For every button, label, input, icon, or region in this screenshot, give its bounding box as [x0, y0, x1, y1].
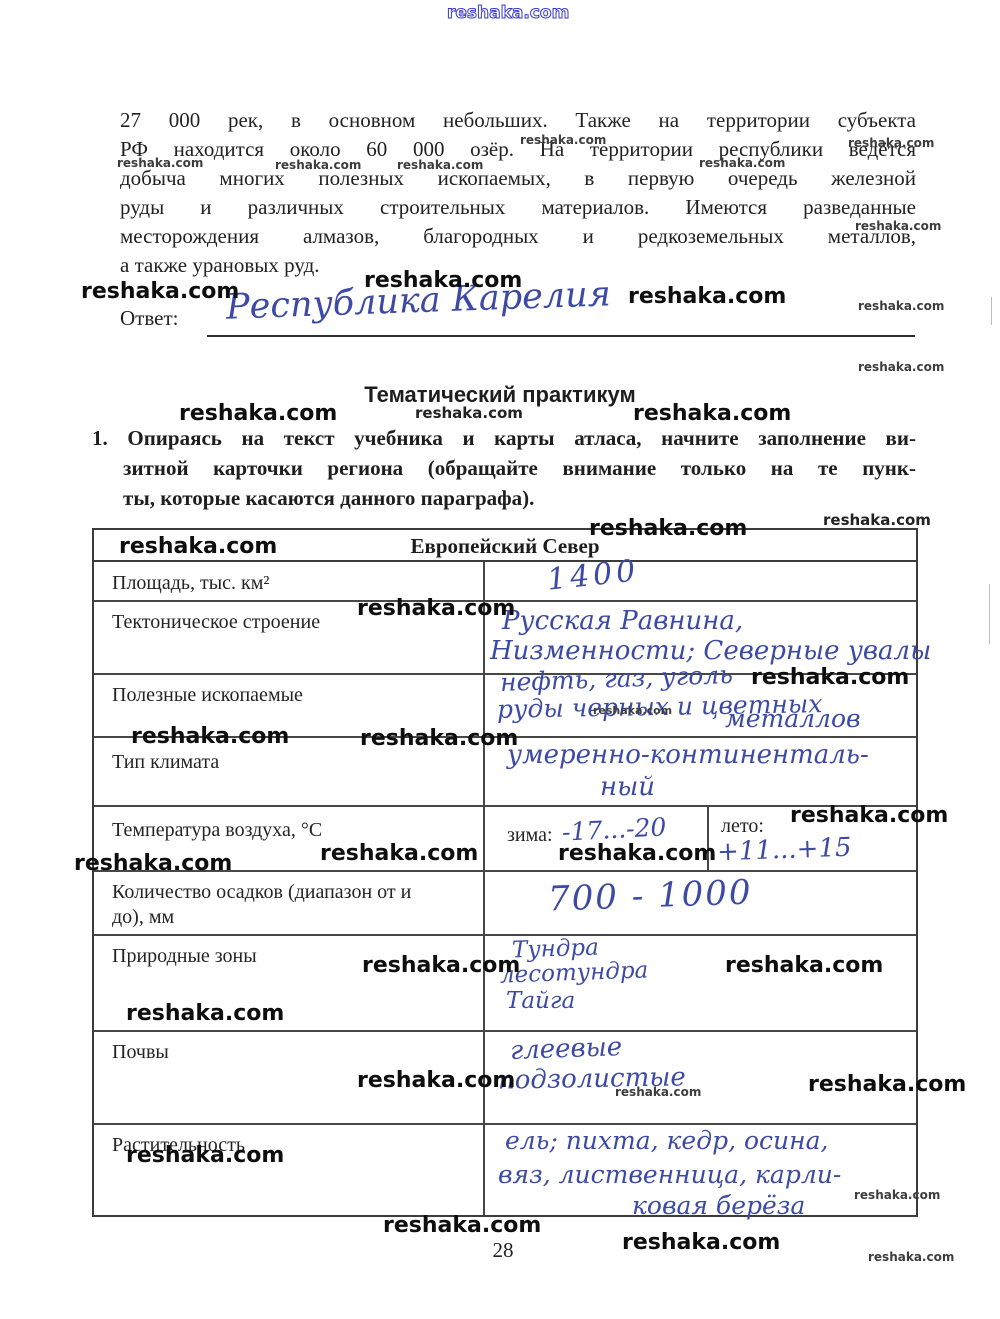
page-number: 28: [478, 1238, 528, 1263]
watermark: reshaka.com: [383, 1213, 541, 1238]
watermark: reshaka.com: [360, 726, 518, 751]
paragraph-line: РФ находится около 60 000 озёр. На терри…: [120, 135, 916, 164]
watermark: reshaka.com: [119, 534, 277, 559]
watermark: reshaka.com: [854, 1188, 940, 1202]
watermark: reshaka.com: [126, 1143, 284, 1168]
scanned-workbook-page: 27 000 рек, в основном небольших. Также …: [0, 0, 1000, 1319]
paragraph-line: руды и различных строительных материалов…: [120, 193, 916, 222]
watermark: reshaka.com: [74, 851, 232, 876]
watermark: reshaka.com: [415, 404, 523, 422]
task-text: 1. Опираясь на текст учебника и карты ат…: [92, 423, 916, 513]
watermark: reshaka.com: [558, 841, 716, 866]
watermark: reshaka.com: [628, 284, 786, 309]
watermark: reshaka.com: [364, 268, 522, 293]
row-label-vegetation: Растительность: [94, 1125, 485, 1215]
watermark: reshaka.com: [858, 360, 944, 374]
handwritten-climate-line2: ный: [600, 772, 655, 802]
handwritten-vegetation-line3: ковая берёза: [632, 1191, 805, 1220]
paragraph-line: 27 000 рек, в основном небольших. Также …: [120, 106, 916, 135]
handwritten-minerals-line3: металлов: [725, 704, 861, 733]
intro-paragraph: 27 000 рек, в основном небольших. Также …: [120, 106, 916, 280]
table-row-vegetation: Растительность ель; пихта, кедр, осина, …: [94, 1125, 916, 1215]
paragraph-line: добыча многих полезных ископаемых, в пер…: [120, 164, 916, 193]
watermark: reshaka.com: [126, 1001, 284, 1026]
handwritten-soils-line1: глеевые: [510, 1032, 623, 1066]
watermark: reshaka.com: [848, 136, 934, 150]
row-value-climate: умеренно-континенталь- ный: [485, 738, 916, 805]
watermark: reshaka.com: [320, 841, 478, 866]
row-value-area: 1400: [485, 562, 916, 600]
paragraph-line: месторождения алмазов, благородных и ред…: [120, 222, 916, 251]
watermark: reshaka.com: [622, 1230, 780, 1255]
watermark: reshaka.com: [520, 133, 606, 147]
watermark: reshaka.com: [275, 158, 361, 172]
row-value-natural-zones: Тундра лесотундра Тайга: [485, 936, 916, 1030]
watermark: reshaka.com: [131, 724, 289, 749]
watermark: reshaka.com: [751, 665, 909, 690]
handwritten-precipitation-value: 700 - 1000: [547, 872, 753, 919]
watermark: reshaka.com: [362, 953, 520, 978]
watermark: reshaka.com: [808, 1072, 966, 1097]
row-value-vegetation: ель; пихта, кедр, осина, вяз, лиственниц…: [485, 1125, 916, 1215]
table-row-precipitation: Количество осадков (диапазон от и до), м…: [94, 872, 916, 936]
handwritten-natural-zones-line3: Тайга: [506, 988, 575, 1014]
watermark: reshaka.com: [117, 156, 203, 170]
precipitation-label-text: Количество осадков (диапазон от и до), м…: [112, 880, 414, 930]
handwritten-tectonics-line1: Русская Равнина,: [502, 606, 743, 636]
watermark: reshaka.com: [823, 511, 931, 529]
watermark: reshaka.com: [868, 1250, 954, 1264]
handwritten-vegetation-line1: ель; пихта, кедр, осина,: [505, 1126, 828, 1155]
handwritten-vegetation-line2: вяз, лиственница, карли-: [498, 1160, 841, 1189]
watermark: reshaka.com: [357, 596, 515, 621]
watermark: reshaka.com: [593, 704, 672, 717]
watermark: reshaka.com: [858, 299, 944, 313]
row-value-precipitation: 700 - 1000: [485, 872, 916, 934]
answer-underline: [207, 335, 915, 337]
row-label-precipitation: Количество осадков (диапазон от и до), м…: [94, 872, 485, 934]
handwritten-natural-zones-line2: лесотундра: [500, 957, 649, 988]
scan-edge-mark: [991, 297, 992, 325]
watermark: reshaka.com: [589, 516, 747, 541]
answer-label: Ответ:: [120, 306, 178, 331]
task-line: 1. Опираясь на текст учебника и карты ат…: [92, 423, 916, 453]
watermark: reshaka.com: [357, 1068, 515, 1093]
watermark: reshaka.com: [615, 1085, 701, 1099]
watermark: reshaka.com: [179, 401, 337, 426]
task-line: ты, которые касаются данного параграфа).: [123, 483, 916, 513]
handwritten-climate-line1: умеренно-континенталь-: [507, 740, 869, 770]
task-line: зитной карточки региона (обращайте внима…: [123, 453, 916, 483]
scan-edge-mark: [989, 584, 990, 644]
row-label-area: Площадь, тыс. км²: [94, 562, 485, 600]
watermark: reshaka.com: [855, 219, 941, 233]
watermark: reshaka.com: [725, 953, 883, 978]
watermark: reshaka.com: [397, 158, 483, 172]
watermark: reshaka.com: [699, 156, 785, 170]
watermark: reshaka.com: [790, 803, 948, 828]
watermark: reshaka.com: [447, 3, 569, 23]
winter-label: зима:: [507, 824, 553, 846]
summer-label: лето:: [721, 815, 764, 837]
watermark: reshaka.com: [81, 279, 239, 304]
handwritten-summer-temp: +11...+15: [717, 833, 853, 868]
watermark: reshaka.com: [633, 401, 791, 426]
